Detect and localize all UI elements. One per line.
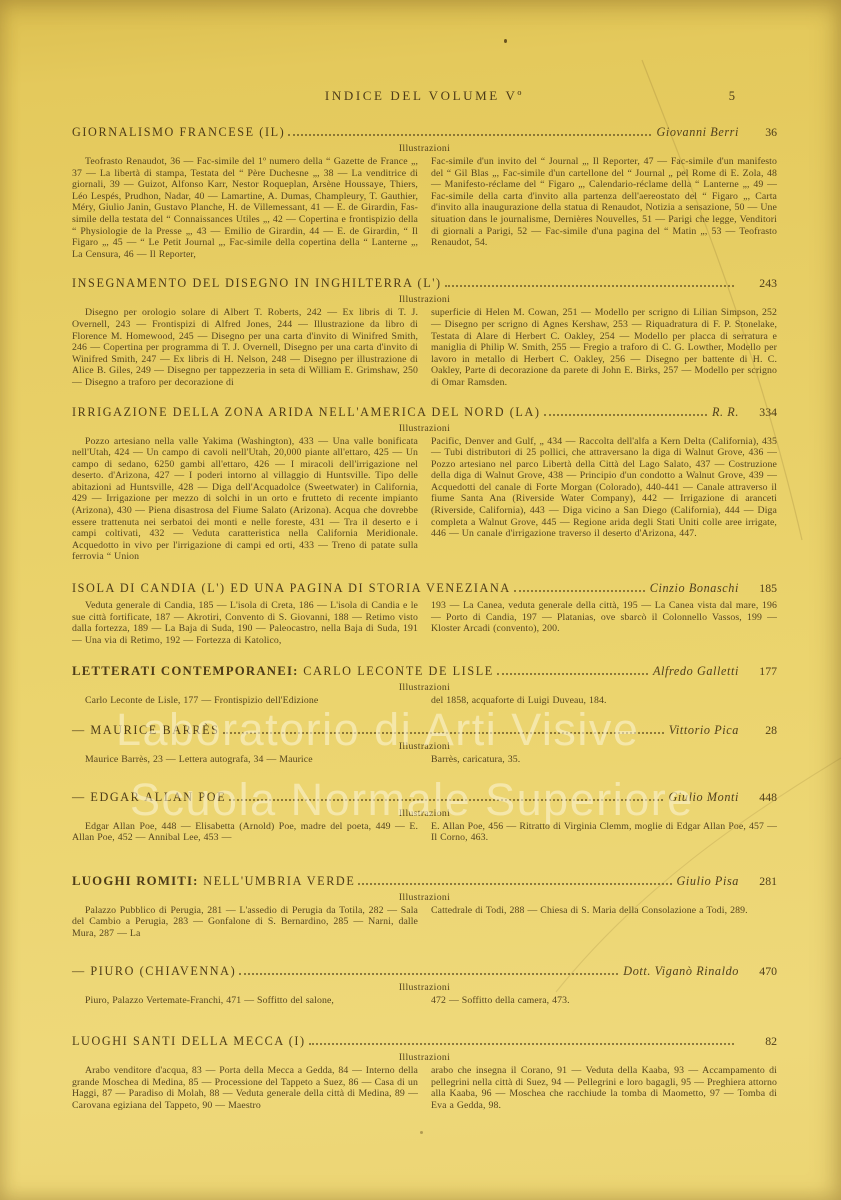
entry-page-ref: 82 — [751, 1034, 777, 1049]
illustrations-label: Illustrazioni — [72, 294, 777, 305]
entry-title-text: ISOLA DI CANDIA (L') ED UNA PAGINA DI ST… — [72, 581, 511, 595]
entry-body: Edgar Allan Poe, 448 — Elisabetta (Arnol… — [72, 821, 777, 844]
entry-title-text: — EDGAR ALLAN POE — [72, 790, 226, 804]
entry-title-prefix: LETTERATI CONTEMPORANEI: — [72, 664, 299, 678]
entry-column-right: Cattedrale di Todi, 288 — Chiesa di S. M… — [431, 905, 777, 940]
entry-heading: LETTERATI CONTEMPORANEI: CARLO LECONTE D… — [72, 664, 777, 679]
entry-column-left: Disegno per orologio solare di Albert T.… — [72, 307, 418, 388]
entry-title-text: INSEGNAMENTO DEL DISEGNO IN INGHILTERRA … — [72, 276, 442, 290]
entry-title: — PIURO (CHIAVENNA) — [72, 964, 236, 979]
entry-title-prefix: LUOGHI ROMITI: — [72, 874, 199, 888]
entry-column-right: E. Allan Poe, 456 — Ritratto di Virginia… — [431, 821, 777, 844]
entry-page-ref: 448 — [751, 790, 777, 805]
illustrations-label: Illustrazioni — [72, 808, 777, 819]
entry-column-right: 472 — Soffitto della camera, 473. — [431, 995, 777, 1007]
entry-author: Giulio Pisa — [677, 874, 739, 889]
entry-column-left: Teofrasto Renaudot, 36 — Fac-simile del … — [72, 156, 418, 260]
dotted-leader — [544, 413, 707, 416]
entry-title-text: NELL'UMBRIA VERDE — [199, 874, 356, 888]
entry-heading: INSEGNAMENTO DEL DISEGNO IN INGHILTERRA … — [72, 276, 777, 291]
entry-column-left: Palazzo Pubblico di Perugia, 281 — L'ass… — [72, 905, 418, 940]
entry-heading: GIORNALISMO FRANCESE (IL) Giovanni Berri… — [72, 125, 777, 140]
illustrations-label: Illustrazioni — [72, 143, 777, 154]
entry-title-text: — MAURICE BARRÈS — [72, 723, 220, 737]
entry-body: Disegno per orologio solare di Albert T.… — [72, 307, 777, 388]
entry-title-text: CARLO LECONTE DE LISLE — [299, 664, 494, 678]
entry-body: Maurice Barrès, 23 — Lettera autografa, … — [72, 754, 777, 766]
entry-page-ref: 243 — [751, 276, 777, 291]
entry-title: LUOGHI SANTI DELLA MECCA (I) — [72, 1034, 306, 1049]
dotted-leader — [288, 133, 651, 136]
dotted-leader — [309, 1042, 734, 1045]
entry-page-ref: 334 — [751, 405, 777, 420]
page-number: 5 — [729, 89, 735, 104]
entry-column-right: 193 — La Canea, veduta generale della ci… — [431, 600, 777, 646]
paper-speck — [420, 1131, 423, 1134]
entry-author: Dott. Viganò Rinaldo — [623, 964, 739, 979]
entry-author: Cinzio Bonaschi — [650, 581, 739, 596]
index-entry-giornalismo-francese: GIORNALISMO FRANCESE (IL) Giovanni Berri… — [72, 125, 777, 260]
entry-heading: — MAURICE BARRÈS Vittorio Pica 28 — [72, 723, 777, 738]
scanned-index-page: INDICE DEL VOLUME Vº 5 GIORNALISMO FRANC… — [0, 0, 841, 1200]
entry-page-ref: 281 — [751, 874, 777, 889]
entry-title: — EDGAR ALLAN POE — [72, 790, 226, 805]
index-entry-luoghi-santi-mecca: LUOGHI SANTI DELLA MECCA (I) 82 Illustra… — [72, 1034, 777, 1111]
entry-column-left: Piuro, Palazzo Vertemate-Franchi, 471 — … — [72, 995, 418, 1007]
page-content: INDICE DEL VOLUME Vº 5 GIORNALISMO FRANC… — [72, 0, 777, 1112]
illustrations-label: Illustrazioni — [72, 741, 777, 752]
entry-body: Veduta generale di Candia, 185 — L'isola… — [72, 600, 777, 646]
entry-body: Palazzo Pubblico di Perugia, 281 — L'ass… — [72, 905, 777, 940]
index-entry-irrigazione-zona-arida: IRRIGAZIONE DELLA ZONA ARIDA NELL'AMERIC… — [72, 405, 777, 564]
page-header: INDICE DEL VOLUME Vº 5 — [72, 88, 777, 106]
illustrations-label: Illustrazioni — [72, 982, 777, 993]
entry-body: Arabo venditore d'acqua, 83 — Porta dell… — [72, 1065, 777, 1111]
entry-page-ref: 28 — [751, 723, 777, 738]
index-entry-leconte-de-lisle: LETTERATI CONTEMPORANEI: CARLO LECONTE D… — [72, 664, 777, 707]
dotted-leader — [514, 589, 645, 592]
entry-author: Alfredo Galletti — [653, 664, 739, 679]
entry-author: Vittorio Pica — [669, 723, 739, 738]
entry-column-right: superficie di Helen M. Cowan, 251 — Mode… — [431, 307, 777, 388]
entry-title: LUOGHI ROMITI: NELL'UMBRIA VERDE — [72, 874, 355, 889]
entry-title-text: — PIURO (CHIAVENNA) — [72, 964, 236, 978]
entry-column-right: Fac-simile d'un invito del “ Journal „, … — [431, 156, 777, 260]
entry-title: ISOLA DI CANDIA (L') ED UNA PAGINA DI ST… — [72, 581, 511, 596]
entry-heading: — PIURO (CHIAVENNA) Dott. Viganò Rinaldo… — [72, 964, 777, 979]
index-entry-luoghi-romiti: LUOGHI ROMITI: NELL'UMBRIA VERDE Giulio … — [72, 874, 777, 940]
entry-column-left: Veduta generale di Candia, 185 — L'isola… — [72, 600, 418, 646]
entry-heading: IRRIGAZIONE DELLA ZONA ARIDA NELL'AMERIC… — [72, 405, 777, 420]
index-entry-edgar-allan-poe: — EDGAR ALLAN POE Giulio Monti 448 Illus… — [72, 790, 777, 844]
entry-page-ref: 36 — [751, 125, 777, 140]
paper-speck — [504, 39, 507, 43]
dotted-leader — [358, 882, 671, 885]
entry-column-left: Carlo Leconte de Lisle, 177 — Frontispiz… — [72, 695, 418, 707]
entry-heading: — EDGAR ALLAN POE Giulio Monti 448 — [72, 790, 777, 805]
index-entry-maurice-barres: — MAURICE BARRÈS Vittorio Pica 28 Illust… — [72, 723, 777, 766]
index-entry-insegnamento-disegno: INSEGNAMENTO DEL DISEGNO IN INGHILTERRA … — [72, 276, 777, 388]
dotted-leader — [497, 672, 648, 675]
entry-title: IRRIGAZIONE DELLA ZONA ARIDA NELL'AMERIC… — [72, 405, 541, 420]
index-entry-isola-di-candia: ISOLA DI CANDIA (L') ED UNA PAGINA DI ST… — [72, 581, 777, 646]
entry-author: R. R. — [712, 405, 739, 420]
entry-title-text: LUOGHI SANTI DELLA MECCA (I) — [72, 1034, 306, 1048]
entry-author: Giulio Monti — [668, 790, 739, 805]
entry-column-right: del 1858, acquaforte di Luigi Duveau, 18… — [431, 695, 777, 707]
entry-body: Pozzo artesiano nella valle Yakima (Wash… — [72, 436, 777, 564]
illustrations-label: Illustrazioni — [72, 682, 777, 693]
entry-author: Giovanni Berri — [656, 125, 739, 140]
entry-page-ref: 185 — [751, 581, 777, 596]
entry-title-text: IRRIGAZIONE DELLA ZONA ARIDA NELL'AMERIC… — [72, 405, 541, 419]
entry-column-left: Maurice Barrès, 23 — Lettera autografa, … — [72, 754, 418, 766]
entry-title-text: GIORNALISMO FRANCESE (IL) — [72, 125, 285, 139]
illustrations-label: Illustrazioni — [72, 892, 777, 903]
entry-page-ref: 470 — [751, 964, 777, 979]
entry-column-right: Barrès, caricatura, 35. — [431, 754, 777, 766]
entry-column-left: Edgar Allan Poe, 448 — Elisabetta (Arnol… — [72, 821, 418, 844]
illustrations-label: Illustrazioni — [72, 423, 777, 434]
entry-body: Piuro, Palazzo Vertemate-Franchi, 471 — … — [72, 995, 777, 1007]
entry-body: Carlo Leconte de Lisle, 177 — Frontispiz… — [72, 695, 777, 707]
entry-column-right: arabo che insegna il Corano, 91 — Veduta… — [431, 1065, 777, 1111]
entry-heading: LUOGHI ROMITI: NELL'UMBRIA VERDE Giulio … — [72, 874, 777, 889]
dotted-leader — [223, 731, 664, 734]
entry-column-right: Pacific, Denver and Gulf, „ 434 — Raccol… — [431, 436, 777, 564]
entry-title: INSEGNAMENTO DEL DISEGNO IN INGHILTERRA … — [72, 276, 442, 291]
entry-title: — MAURICE BARRÈS — [72, 723, 220, 738]
entry-heading: LUOGHI SANTI DELLA MECCA (I) 82 — [72, 1034, 777, 1049]
dotted-leader — [239, 972, 618, 975]
illustrations-label: Illustrazioni — [72, 1052, 777, 1063]
entry-heading: ISOLA DI CANDIA (L') ED UNA PAGINA DI ST… — [72, 581, 777, 596]
entry-page-ref: 177 — [751, 664, 777, 679]
entry-column-left: Pozzo artesiano nella valle Yakima (Wash… — [72, 436, 418, 564]
page-title: INDICE DEL VOLUME Vº — [72, 88, 777, 104]
entry-column-left: Arabo venditore d'acqua, 83 — Porta dell… — [72, 1065, 418, 1111]
dotted-leader — [445, 284, 734, 287]
entry-body: Teofrasto Renaudot, 36 — Fac-simile del … — [72, 156, 777, 260]
dotted-leader — [229, 798, 663, 801]
index-entry-piuro-chiavenna: — PIURO (CHIAVENNA) Dott. Viganò Rinaldo… — [72, 964, 777, 1007]
entry-title: LETTERATI CONTEMPORANEI: CARLO LECONTE D… — [72, 664, 494, 679]
entry-title: GIORNALISMO FRANCESE (IL) — [72, 125, 285, 140]
